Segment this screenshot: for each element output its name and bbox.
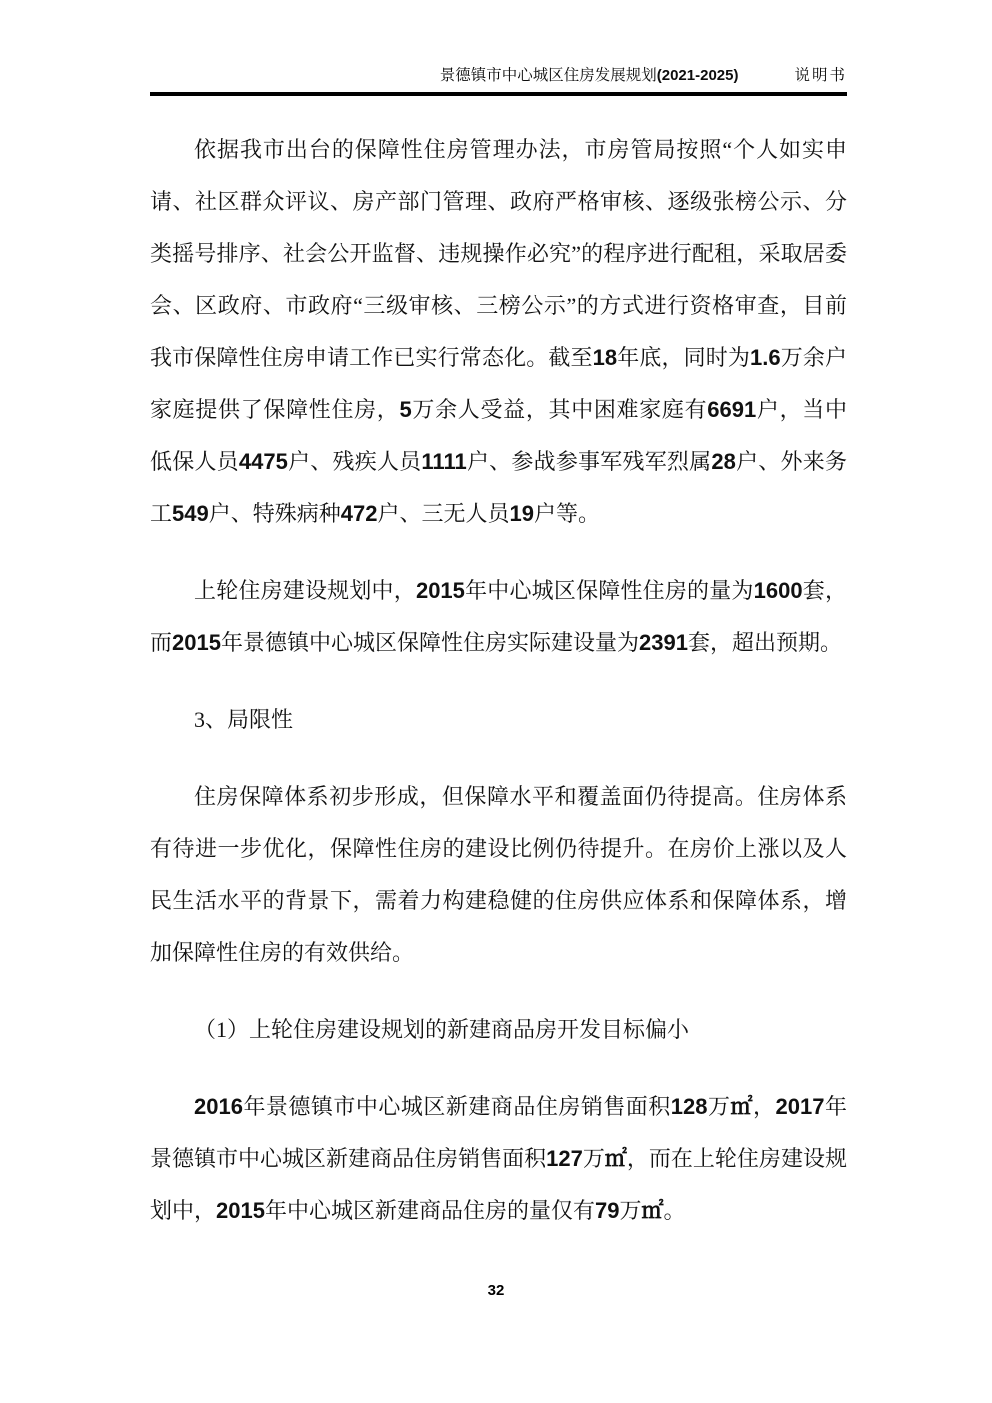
numeral-run: 2015 <box>216 1198 265 1223</box>
numeral-run: ㎡ <box>641 1198 663 1223</box>
text-run: 年中心城区保障性住房的量为 <box>465 578 754 603</box>
text-run: 万 <box>708 1094 731 1119</box>
numeral-run: 1.6 <box>750 345 781 370</box>
header-title-years: (2021-2025) <box>657 67 739 84</box>
document-body: 依据我市出台的保障性住房管理办法，市房管局按照“个人如实申请、社区群众评议、房产… <box>150 124 847 1237</box>
numeral-run: 2015 <box>416 578 465 603</box>
text-run: 户、残疾人员 <box>288 449 422 474</box>
text-run: 住房保障体系初步形成，但保障水平和覆盖面仍待提高。住房体系有待进一步优化，保障性… <box>150 784 847 965</box>
numeral-run: 1600 <box>754 578 803 603</box>
numeral-run: 2391 <box>639 630 688 655</box>
text-run: 户、参战参事军残军烈属 <box>467 449 712 474</box>
text-run: 户、三无人员 <box>377 501 509 526</box>
header-rule <box>150 92 847 96</box>
numeral-run: 472 <box>341 501 378 526</box>
text-run: 依据我市出台的保障性住房管理办法，市房管局按照“个人如实申请、社区群众评议、房产… <box>150 137 847 370</box>
heading-commodity-housing-target: （1）上轮住房建设规划的新建商品房开发目标偏小 <box>150 1004 847 1056</box>
document-page: 景德镇市中心城区住房发展规划(2021-2025) 说明书 依据我市出台的保障性… <box>0 0 992 1403</box>
para-housing-security-system: 住房保障体系初步形成，但保障水平和覆盖面仍待提高。住房体系有待进一步优化，保障性… <box>150 771 847 979</box>
numeral-run: 2015 <box>172 630 221 655</box>
numeral-run: ㎡ <box>731 1094 754 1119</box>
page-number: 32 <box>488 1282 505 1299</box>
page-footer: 32 <box>0 1281 992 1301</box>
numeral-run: 18 <box>593 345 617 370</box>
text-run: 年中心城区新建商品住房的量仅有 <box>265 1198 595 1223</box>
numeral-run: 5 <box>400 397 412 422</box>
numeral-run: 6691 <box>707 397 756 422</box>
text-run: 套，超出预期。 <box>688 630 842 655</box>
numeral-run: 127 <box>546 1146 583 1171</box>
text-run: ， <box>753 1094 776 1119</box>
numeral-run: 2017 <box>776 1094 825 1119</box>
text-run: 。 <box>664 1198 686 1223</box>
numeral-run: 79 <box>595 1198 619 1223</box>
para-commodity-housing-sales: 2016年景德镇市中心城区新建商品住房销售面积128万㎡，2017年景德镇市中心… <box>150 1081 847 1237</box>
numeral-run: 1111 <box>421 449 466 474</box>
header-title-text: 景德镇市中心城区住房发展规划 <box>440 67 657 84</box>
header-title: 景德镇市中心城区住房发展规划(2021-2025) <box>440 64 739 88</box>
para-previous-plan-comparison: 上轮住房建设规划中，2015年中心城区保障性住房的量为1600套，而2015年景… <box>150 565 847 669</box>
numeral-run: 4475 <box>239 449 288 474</box>
header-text-line: 景德镇市中心城区住房发展规划(2021-2025) 说明书 <box>150 64 847 92</box>
numeral-run: 128 <box>671 1094 708 1119</box>
text-run: 户等。 <box>534 501 600 526</box>
text-run: 万余人受益，其中困难家庭有 <box>412 397 708 422</box>
text-run: 户、特殊病种 <box>209 501 341 526</box>
text-run: 万 <box>619 1198 641 1223</box>
text-run: 年底，同时为 <box>617 345 750 370</box>
page-header: 景德镇市中心城区住房发展规划(2021-2025) 说明书 <box>150 0 847 96</box>
numeral-run: 2016 <box>194 1094 243 1119</box>
text-run: 年景德镇市中心城区新建商品住房销售面积 <box>243 1094 671 1119</box>
text-run: （1）上轮住房建设规划的新建商品房开发目标偏小 <box>194 1017 689 1042</box>
text-run: 年景德镇中心城区保障性住房实际建设量为 <box>221 630 639 655</box>
numeral-run: 28 <box>711 449 735 474</box>
numeral-run: ㎡ <box>605 1146 627 1171</box>
text-run: 3、局限性 <box>194 707 293 732</box>
numeral-run: 549 <box>172 501 209 526</box>
text-run: 上轮住房建设规划中， <box>194 578 416 603</box>
heading-limitations: 3、局限性 <box>150 694 847 746</box>
text-run: 万 <box>583 1146 605 1171</box>
para-allocation-procedure: 依据我市出台的保障性住房管理办法，市房管局按照“个人如实申请、社区群众评议、房产… <box>150 124 847 540</box>
numeral-run: 19 <box>509 501 533 526</box>
header-doc-label: 说明书 <box>794 64 847 88</box>
